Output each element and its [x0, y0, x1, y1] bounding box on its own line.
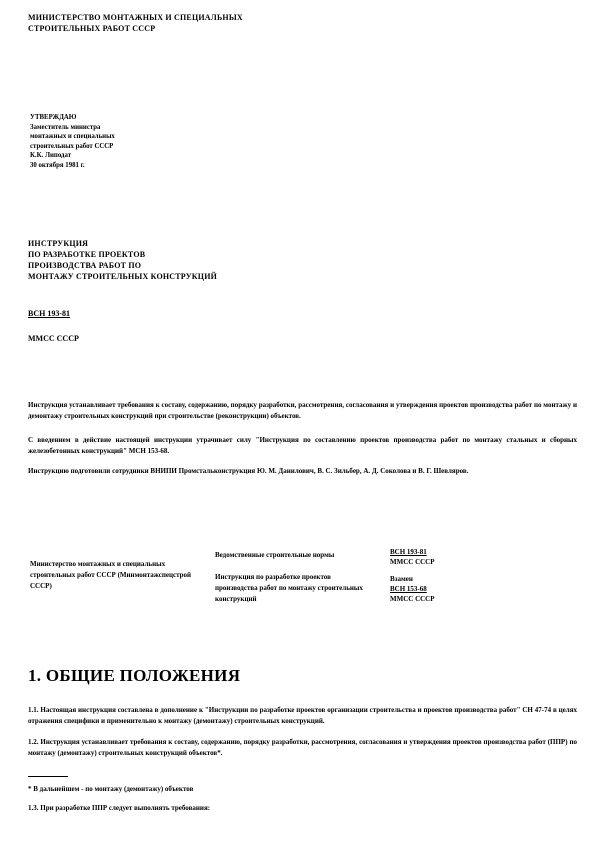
approval-line: Заместитель министра: [30, 123, 115, 133]
ministry-header-line1: МИНИСТЕРСТВО МОНТАЖНЫХ И СПЕЦИАЛЬНЫХ: [28, 12, 243, 23]
approval-title: УТВЕРЖДАЮ: [30, 113, 115, 123]
intro-paragraph-authors: Инструкцию подготовили сотрудники ВНИПИ …: [28, 466, 577, 477]
paragraph-1-3: 1.3. При разработке ППР следует выполнят…: [28, 803, 577, 814]
ministry-header-line2: СТРОИТЕЛЬНЫХ РАБОТ СССР: [28, 23, 243, 34]
footnote-text: * В дальнейшем - по монтажу (демонтажу) …: [28, 785, 193, 793]
info-table-replaces-number: ВСН 153-68: [390, 584, 510, 594]
approval-line: строительных работ СССР: [30, 142, 115, 152]
info-table-replaces-label: Взамен: [390, 574, 510, 584]
info-table-current-org: ММСС СССР: [390, 557, 510, 567]
document-title-line1: ИНСТРУКЦИЯ: [28, 238, 217, 249]
intro-paragraph-supersedes: С введением в действие настоящей инструк…: [28, 435, 577, 457]
intro-paragraph-scope: Инструкция устанавливает требования к со…: [28, 400, 577, 422]
info-table-current-number: ВСН 193-81: [390, 547, 510, 557]
document-title-line3: ПРОИЗВОДСТВА РАБОТ ПО: [28, 260, 217, 271]
section-1-heading: 1. ОБЩИЕ ПОЛОЖЕНИЯ: [28, 666, 240, 686]
info-table-number-cell: ВСН 193-81 ММСС СССР Взамен ВСН 153-68 М…: [390, 547, 510, 604]
spacer: [390, 567, 510, 574]
ministry-header: МИНИСТЕРСТВО МОНТАЖНЫХ И СПЕЦИАЛЬНЫХ СТР…: [28, 12, 243, 34]
document-page: МИНИСТЕРСТВО МОНТАЖНЫХ И СПЕЦИАЛЬНЫХ СТР…: [0, 0, 595, 842]
info-table-ministry-cell: Министерство монтажных и специальных стр…: [30, 559, 212, 591]
paragraph-1-2: 1.2. Инструкция устанавливает требования…: [28, 737, 577, 759]
document-organization: ММСС СССР: [28, 334, 79, 343]
approval-line: монтажных и специальных: [30, 132, 115, 142]
info-table-replaces-org: ММСС СССР: [390, 594, 510, 604]
footnote-divider: [28, 776, 68, 777]
approval-date: 30 октября 1981 г.: [30, 161, 115, 171]
approval-block: УТВЕРЖДАЮ Заместитель министра монтажных…: [30, 113, 115, 171]
document-title: ИНСТРУКЦИЯ ПО РАЗРАБОТКЕ ПРОЕКТОВ ПРОИЗВ…: [28, 238, 217, 282]
document-title-line2: ПО РАЗРАБОТКЕ ПРОЕКТОВ: [28, 249, 217, 260]
paragraph-1-1: 1.1. Настоящая инструкция составлена в д…: [28, 705, 577, 727]
info-table-norms-title-cell: Инструкция по разработке проектов произв…: [215, 572, 365, 604]
document-number: ВСН 193-81: [28, 309, 70, 318]
info-table-norms-type-cell: Ведомственные строительные нормы: [215, 550, 385, 561]
approval-signer: К.К. Липодат: [30, 151, 115, 161]
document-title-line4: МОНТАЖУ СТРОИТЕЛЬНЫХ КОНСТРУКЦИЙ: [28, 271, 217, 282]
